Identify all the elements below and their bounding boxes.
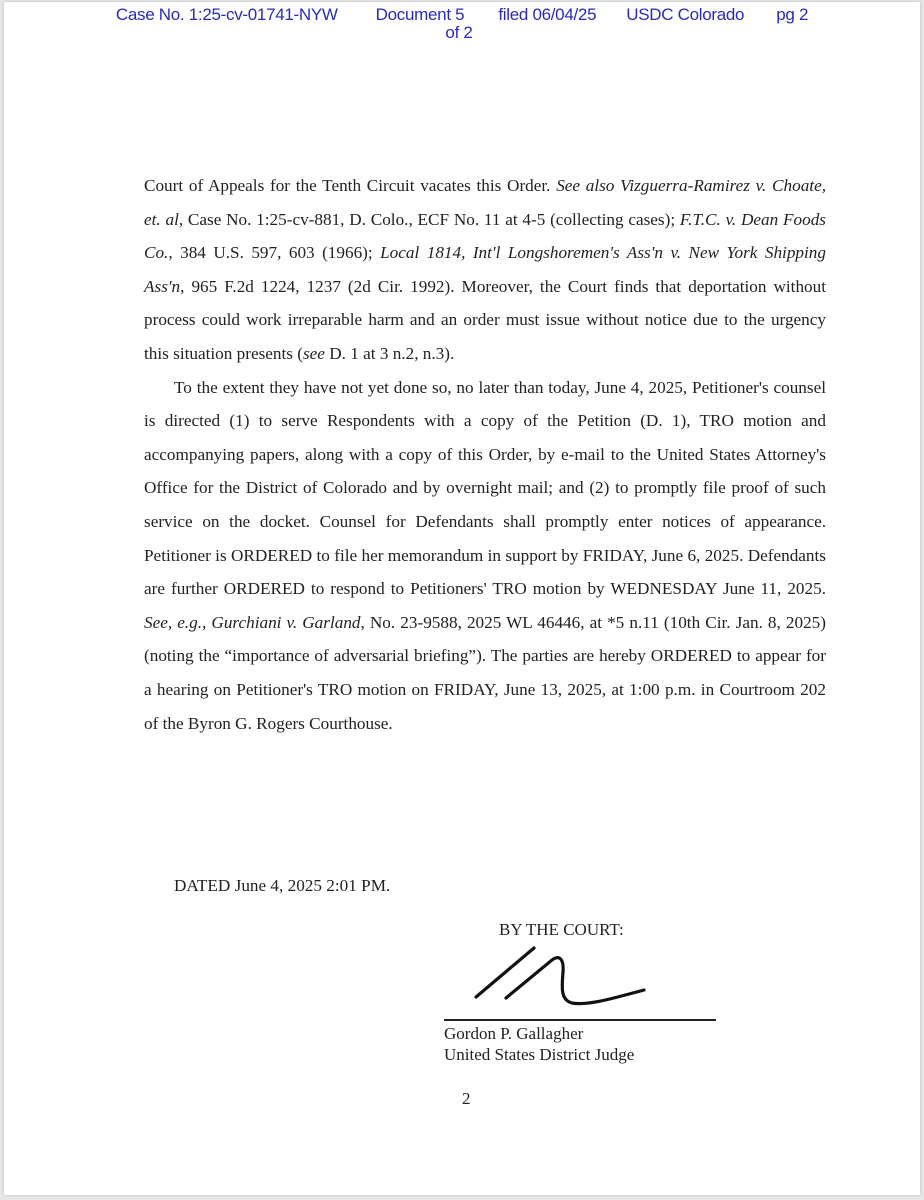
text-segment: To the extent they have not yet done so,… (144, 378, 826, 599)
ecf-header: Case No. 1:25-cv-01741-NYW Document 5 fi… (4, 6, 920, 42)
by-the-court: BY THE COURT: (499, 920, 624, 940)
dated-line: DATED June 4, 2025 2:01 PM. (174, 876, 390, 896)
text-segment: , Case No. 1:25-cv-881, D. Colo., ECF No… (179, 210, 680, 229)
text-segment: , 965 F.2d 1224, 1237 (2d Cir. 1992). Mo… (144, 277, 826, 363)
judge-name: Gordon P. Gallagher (444, 1024, 583, 1044)
document-page: Case No. 1:25-cv-01741-NYW Document 5 fi… (4, 2, 920, 1195)
signal-see: see (303, 344, 325, 363)
page-indicator: pg 2 (776, 6, 808, 24)
signature-line (444, 1019, 716, 1021)
case-citation: See, e.g., Gurchiani v. Garland (144, 613, 361, 632)
signature-icon (464, 942, 664, 1014)
judge-title: United States District Judge (444, 1045, 634, 1065)
text-segment: Court of Appeals for the Tenth Circuit v… (144, 176, 556, 195)
document-number: Document 5 (376, 6, 465, 24)
page-number: 2 (462, 1089, 471, 1109)
filed-date: filed 06/04/25 (498, 6, 596, 24)
text-segment: D. 1 at 3 n.2, n.3). (325, 344, 454, 363)
order-body: Court of Appeals for the Tenth Circuit v… (144, 169, 826, 740)
page-total: of 2 (445, 24, 472, 42)
text-segment: , 384 U.S. 597, 603 (1966); (168, 243, 380, 262)
paragraph-continuation: Court of Appeals for the Tenth Circuit v… (144, 169, 826, 371)
paragraph-orders: To the extent they have not yet done so,… (144, 371, 826, 741)
court-name: USDC Colorado (626, 6, 744, 24)
case-number: Case No. 1:25-cv-01741-NYW (116, 6, 338, 24)
